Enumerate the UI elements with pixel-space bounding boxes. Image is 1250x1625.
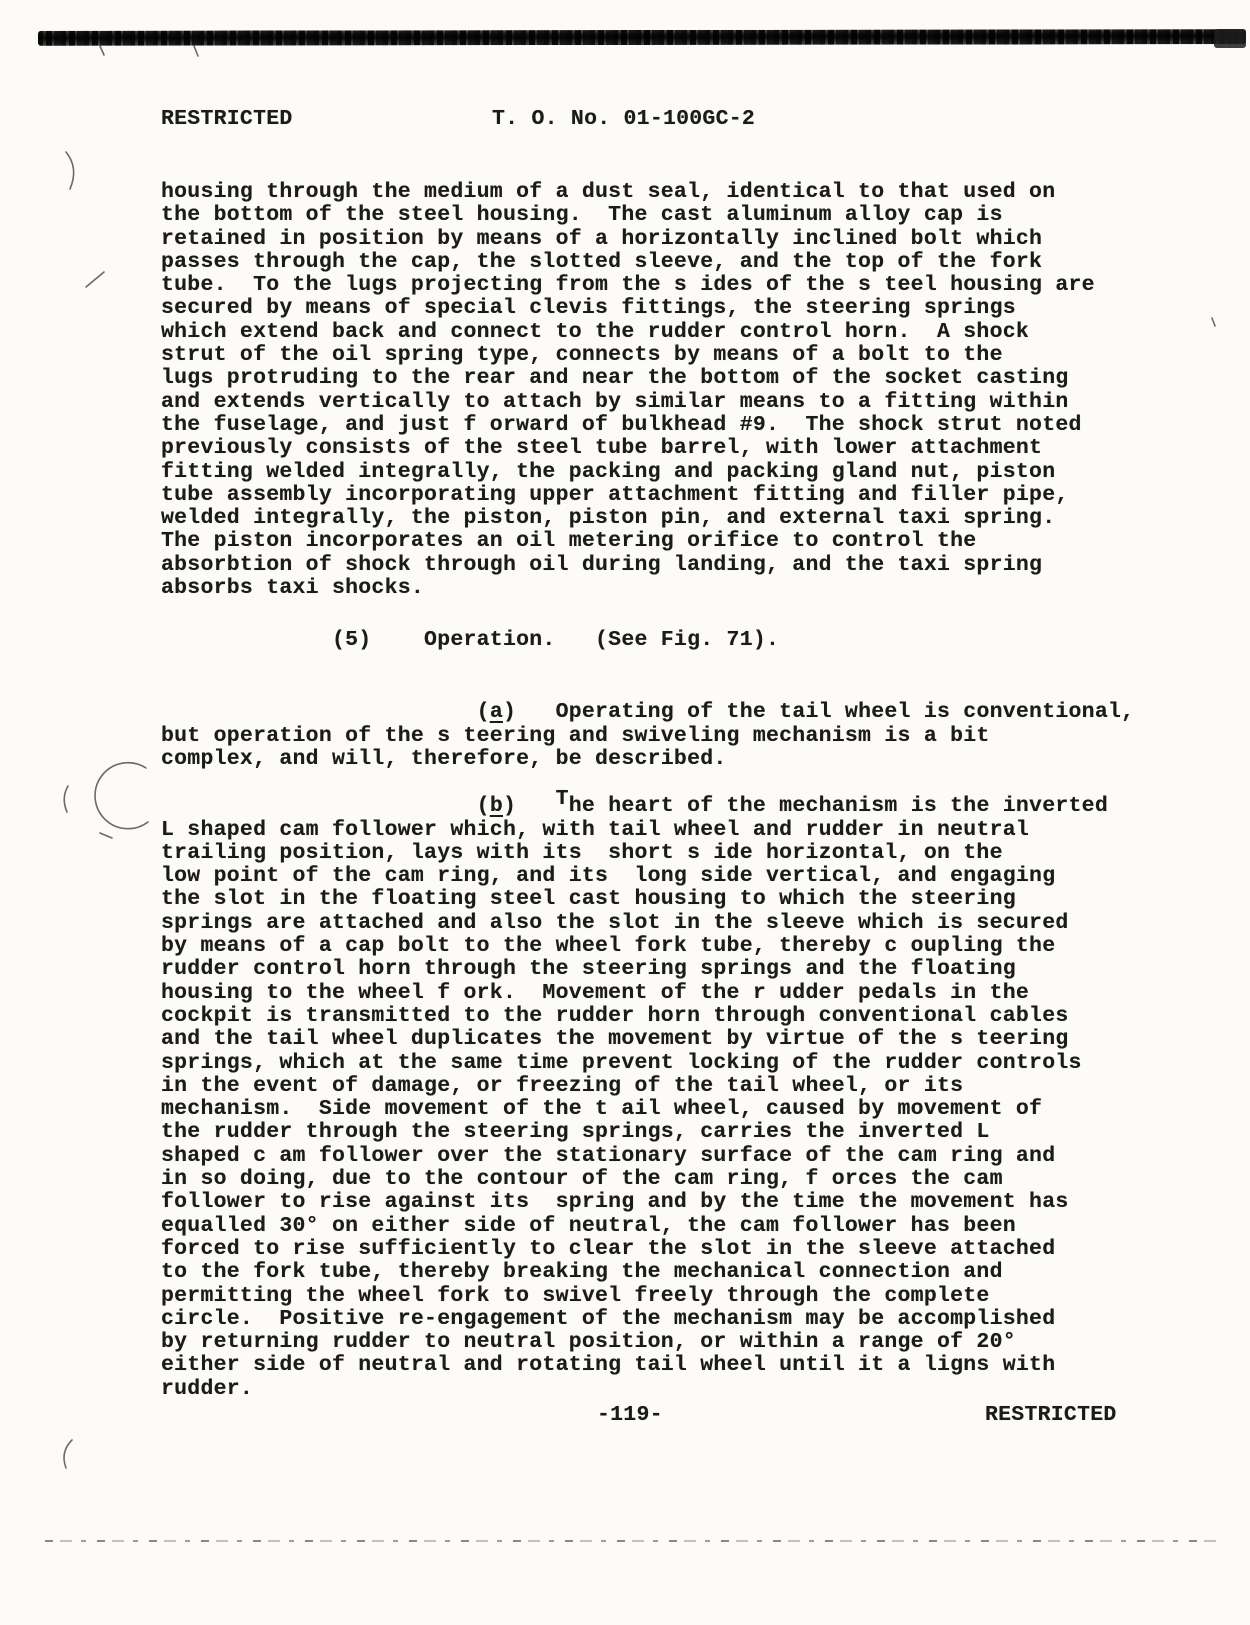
page-number: -119- xyxy=(597,1404,663,1427)
margin-paren-icon xyxy=(64,786,68,812)
paragraph-intro: housing through the medium of a dust sea… xyxy=(161,181,1095,600)
section-heading-operation: (5) Operation. (See Fig. 71). xyxy=(161,629,779,652)
paragraph-a-indent: ( xyxy=(214,700,490,724)
margin-circle-icon xyxy=(95,763,148,829)
scan-smear-blob xyxy=(1214,29,1246,48)
footer-classification: RESTRICTED xyxy=(985,1404,1117,1427)
paragraph-b-raised-cap: T xyxy=(556,787,569,811)
speck-mark xyxy=(100,46,104,55)
header-classification: RESTRICTED xyxy=(161,108,293,131)
paragraph-b-text: he heart of the mechanism is the inverte… xyxy=(161,794,1108,1400)
document-page: RESTRICTED T. O. No. 01-100GC-2 housing … xyxy=(0,0,1250,1625)
paragraph-b: (b) The heart of the mechanism is the in… xyxy=(161,772,1108,1424)
margin-tick-icon xyxy=(86,272,104,287)
scan-smear-band xyxy=(38,29,1246,46)
speck-mark xyxy=(194,46,198,56)
margin-curve-icon xyxy=(66,152,74,189)
header-doc-number: T. O. No. 01-100GC-2 xyxy=(492,108,755,131)
bottom-hook-icon xyxy=(64,1440,72,1468)
speck-mark xyxy=(1212,318,1215,326)
paragraph-b-after-letter: ) xyxy=(503,794,556,818)
paragraph-b-letter: b xyxy=(490,794,503,818)
paragraph-b-indent: ( xyxy=(214,794,490,818)
margin-tick-icon xyxy=(100,833,112,838)
paragraph-a-letter: a xyxy=(490,700,503,724)
scan-fold-line xyxy=(45,1540,1225,1542)
